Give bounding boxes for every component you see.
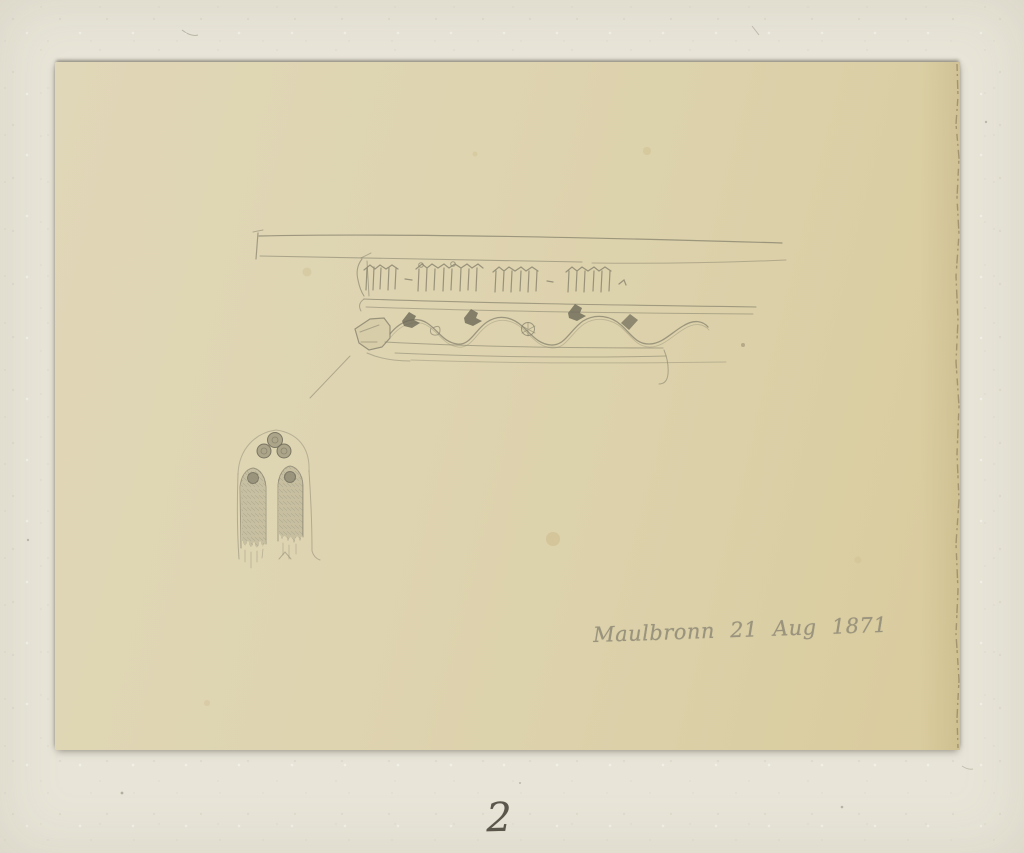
cornice-frieze-sketch — [253, 230, 786, 398]
trefoil-tracery — [257, 433, 291, 459]
pencil-sketch — [55, 62, 960, 750]
inscription-frieze — [357, 253, 626, 296]
torn-right-edge — [956, 64, 959, 748]
mount-board: Maulbronn 21 Aug 1871 2 — [0, 0, 1024, 853]
gothic-window-sketch — [237, 430, 320, 568]
drawing-sheet: Maulbronn 21 Aug 1871 — [55, 62, 960, 750]
vine-ornament — [310, 304, 709, 398]
page-number: 2 — [474, 795, 525, 842]
